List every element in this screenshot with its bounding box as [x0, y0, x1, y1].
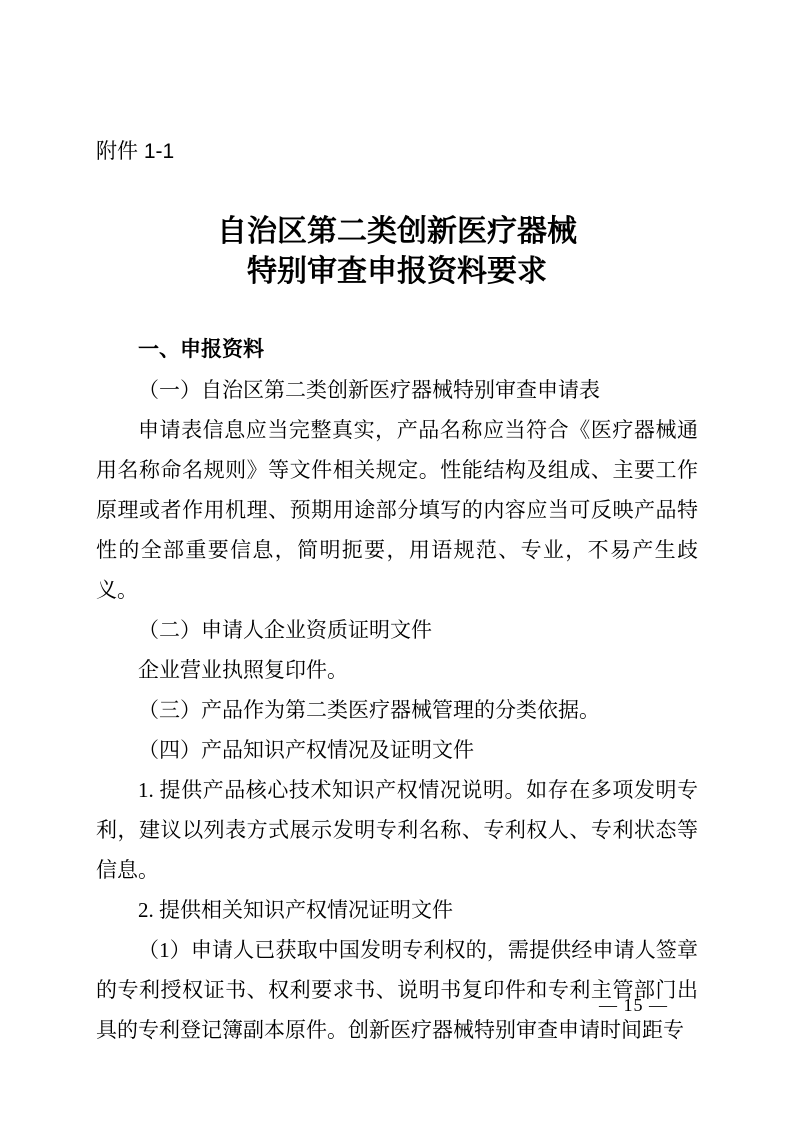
paragraph-item4-point1: 1. 提供产品核心技术知识产权情况说明。如存在多项发明专利，建议以列表方式展示发…	[96, 770, 698, 890]
paragraph-item4-point2: 2. 提供相关知识产权情况证明文件	[96, 890, 698, 930]
paragraph-item3-heading: （三）产品作为第二类医疗器械管理的分类依据。	[96, 690, 698, 730]
attachment-label: 附件 1-1	[96, 134, 698, 170]
document-page: 附件 1-1 自治区第二类创新医疗器械 特别审查申报资料要求 一、申报资料 （一…	[0, 0, 793, 1122]
paragraph-item2-body: 企业营业执照复印件。	[96, 650, 698, 690]
document-title-line1: 自治区第二类创新医疗器械	[96, 212, 698, 252]
paragraph-item2-heading: （二）申请人企业资质证明文件	[96, 610, 698, 650]
paragraph-item4-point2-sub1: （1）申请人已获取中国发明专利权的，需提供经申请人签章的专利授权证书、权利要求书…	[96, 930, 698, 1050]
document-title: 自治区第二类创新医疗器械 特别审查申报资料要求	[96, 212, 698, 292]
document-title-line2: 特别审查申报资料要求	[96, 252, 698, 292]
paragraph-item4-heading: （四）产品知识产权情况及证明文件	[96, 730, 698, 770]
section-heading-application-materials: 一、申报资料	[96, 330, 698, 370]
paragraph-item1-body: 申请表信息应当完整真实，产品名称应当符合《医疗器械通用名称命名规则》等文件相关规…	[96, 410, 698, 610]
paragraph-item1-heading: （一）自治区第二类创新医疗器械特别审查申请表	[96, 370, 698, 410]
page-number: — 15 —	[599, 993, 668, 1017]
